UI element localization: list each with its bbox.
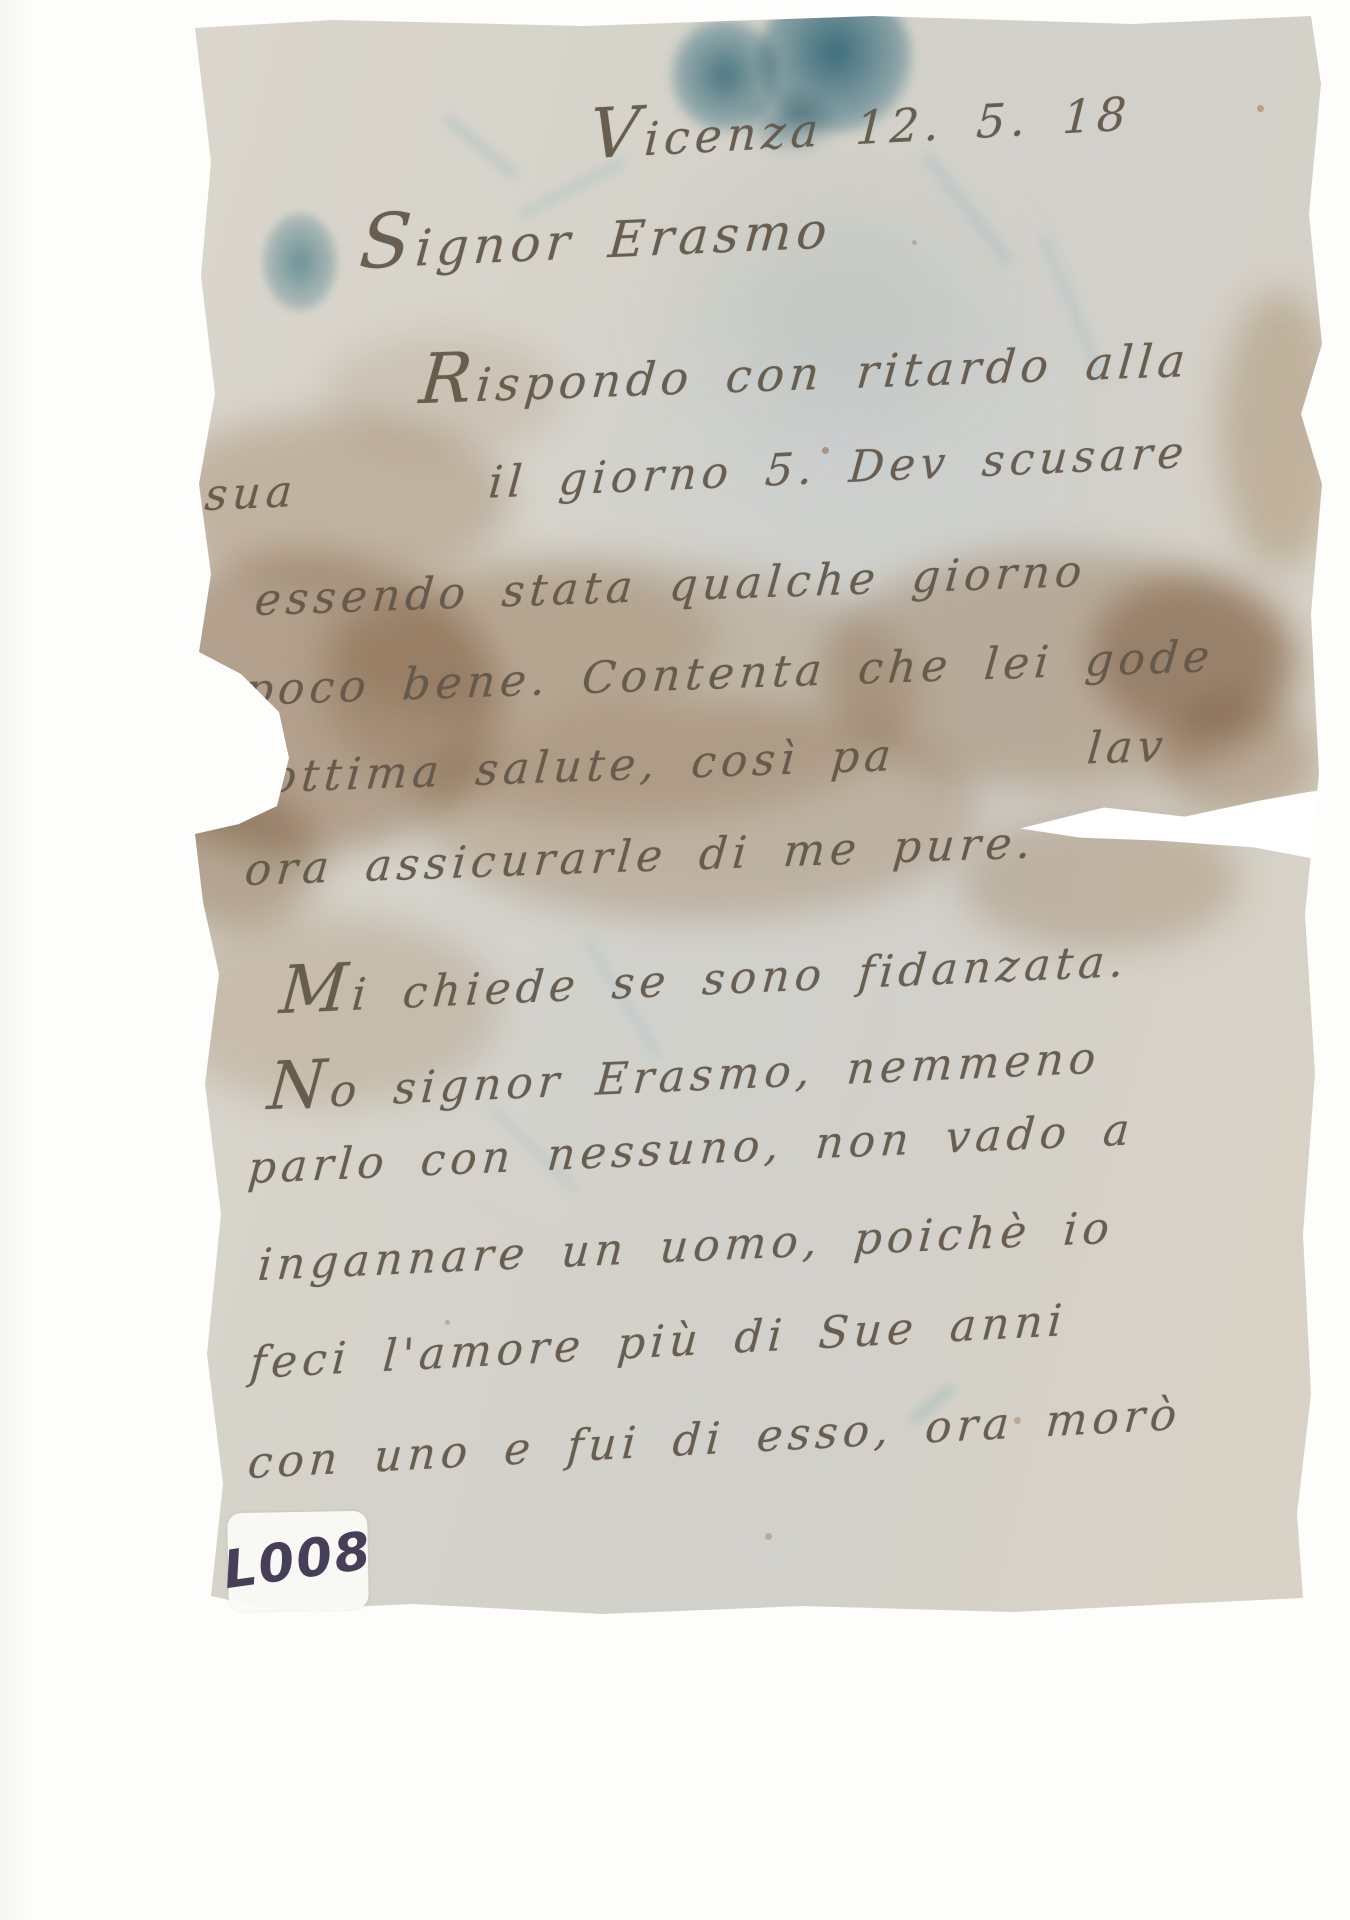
letter-paper: Vicenza 12. 5. 18 Signor Erasmo Rispondo… xyxy=(183,14,1325,1614)
ink-bleed-smudge xyxy=(441,113,520,181)
archive-label-code: L008 xyxy=(220,1521,377,1601)
handwriting-line: ingannare un uomo, poichè io xyxy=(256,1203,1116,1292)
handwriting-line: feci l'amore più di Sue anni xyxy=(248,1295,1068,1389)
paper-speckles xyxy=(183,14,188,19)
archive-label-sticker: L008 xyxy=(227,1511,369,1611)
ink-blot-small xyxy=(262,212,338,312)
scanned-letter-page: Vicenza 12. 5. 18 Signor Erasmo Rispondo… xyxy=(0,0,1350,1920)
handwriting-line: con uno e fui di esso, ora morò xyxy=(246,1389,1183,1489)
handwriting-line: Rispondo con ritardo alla xyxy=(416,313,1194,420)
water-stain xyxy=(1220,290,1340,570)
